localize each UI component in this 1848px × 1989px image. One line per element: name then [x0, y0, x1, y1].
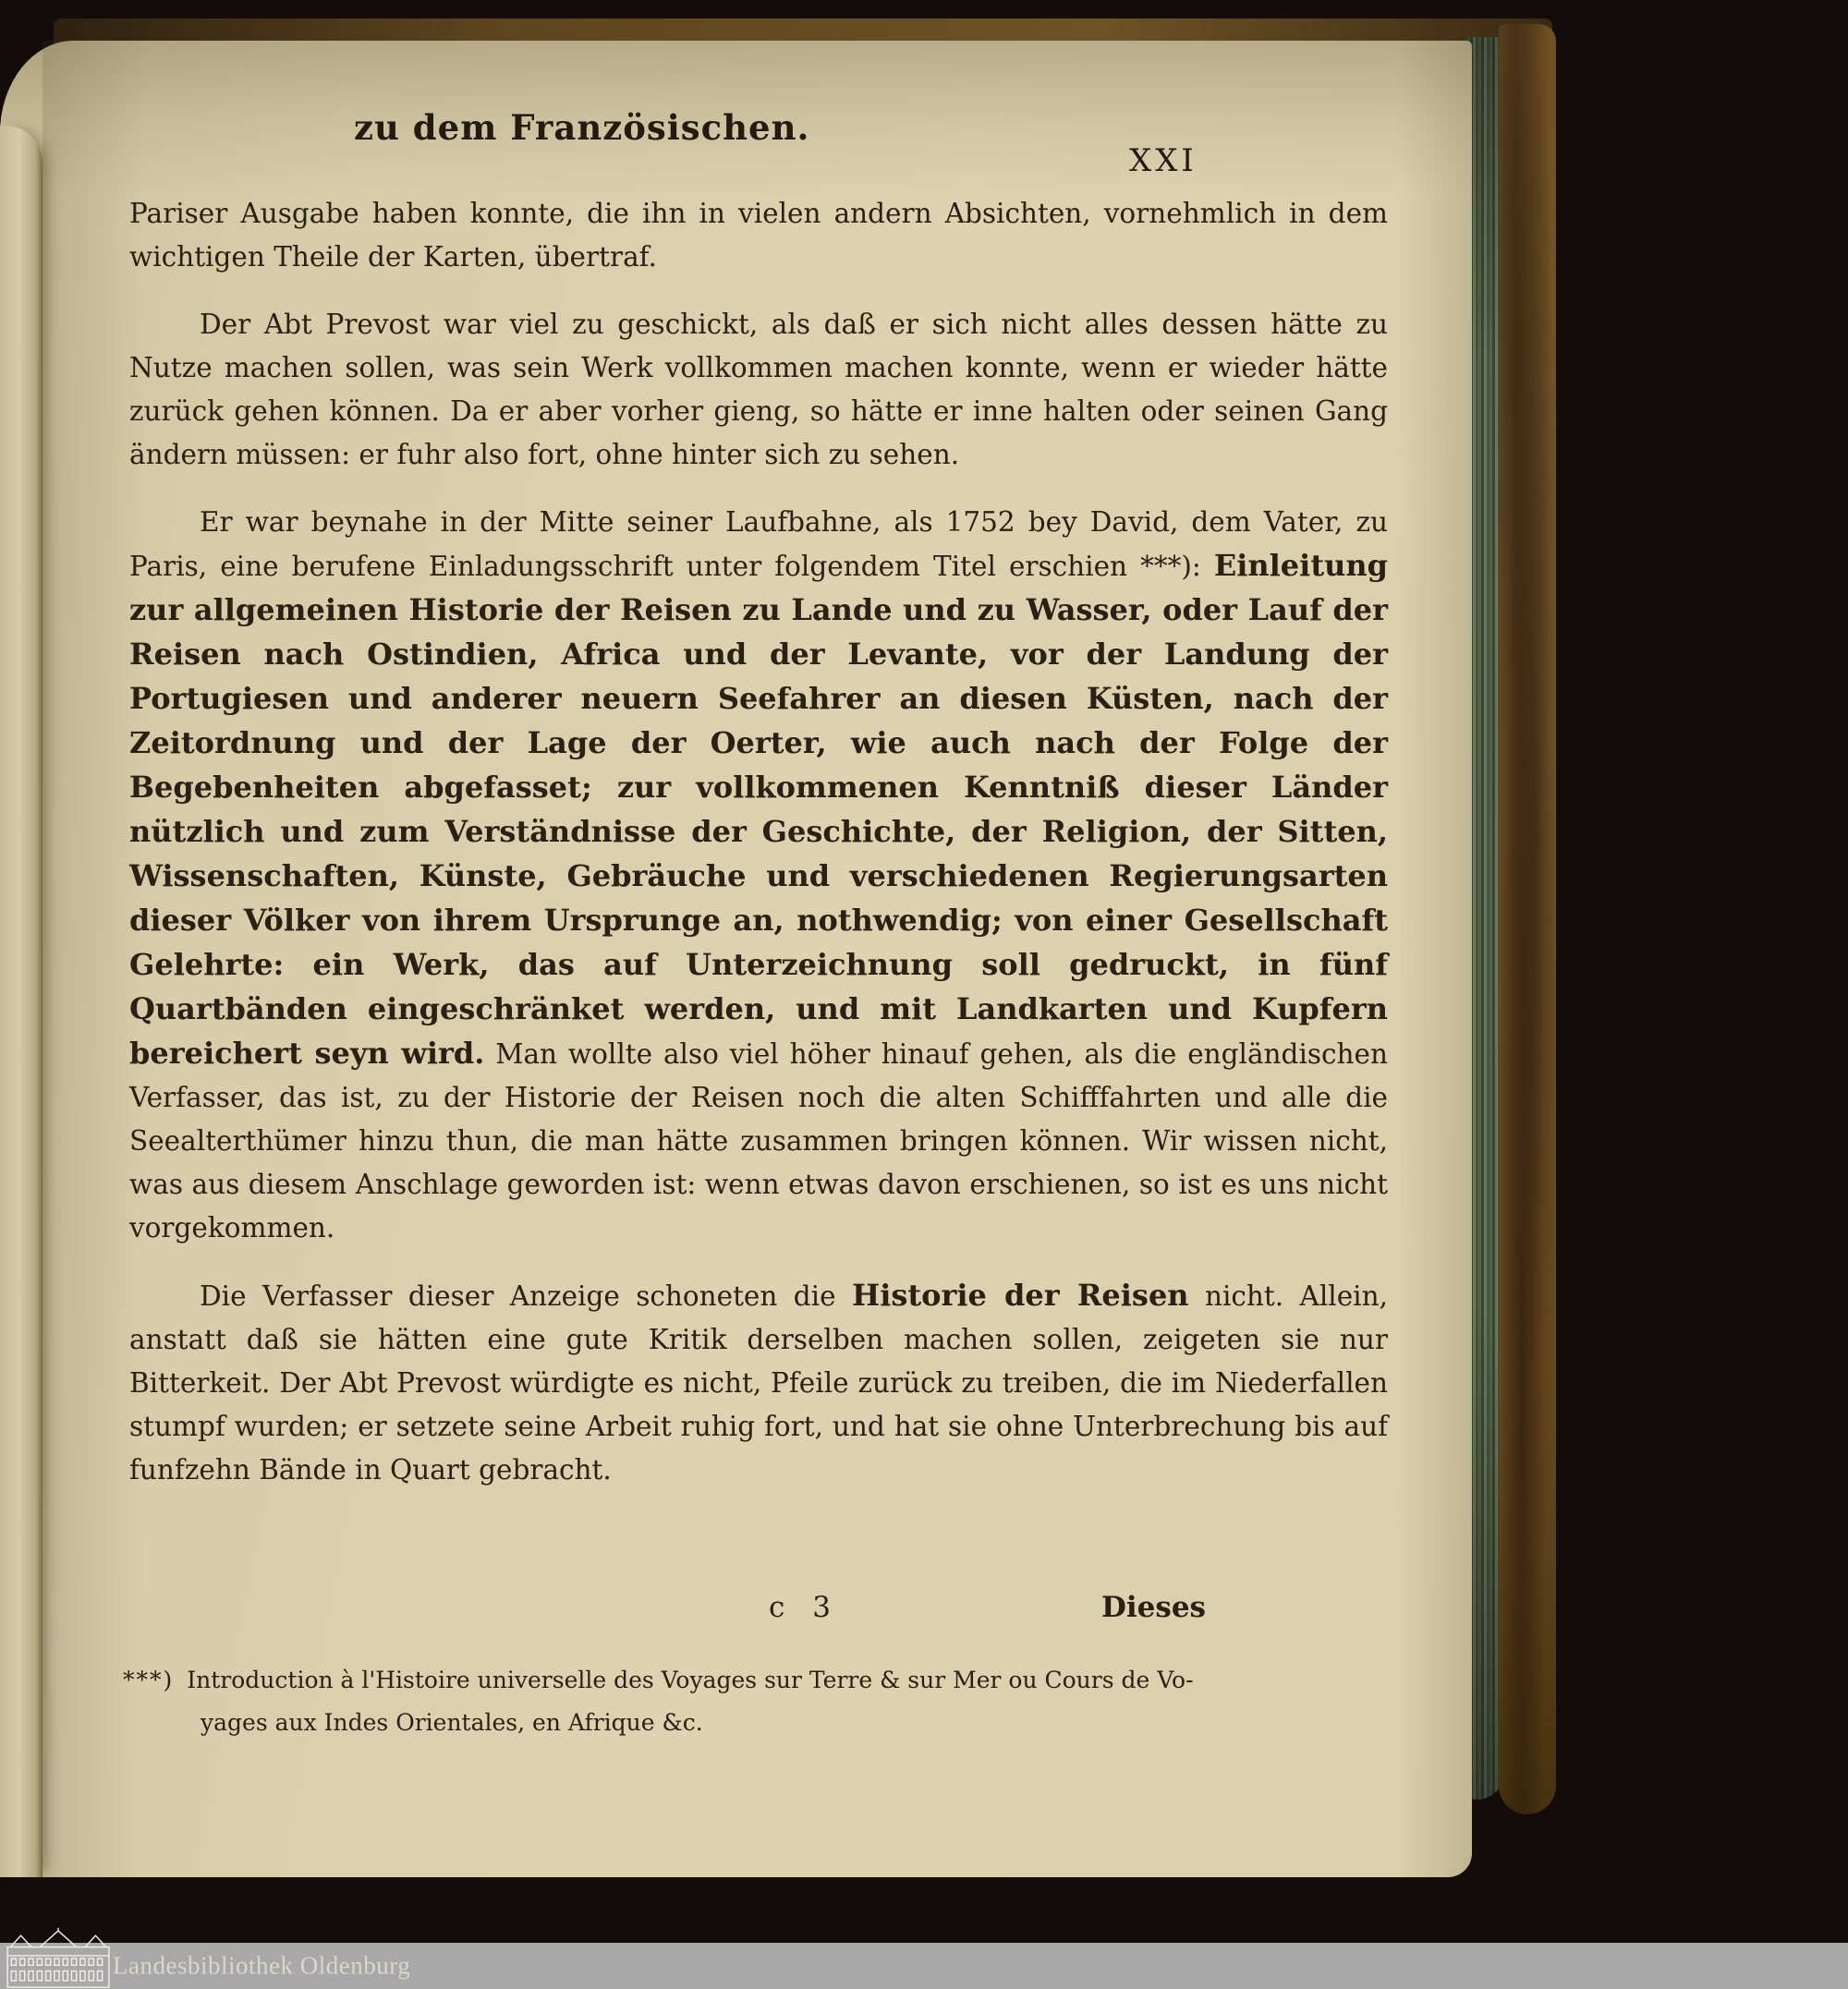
paragraph: Der Abt Prevost war viel zu geschickt, a…: [129, 303, 1388, 477]
paragraph-with-title-quote: Er war beynahe in der Mitte seiner Laufb…: [129, 501, 1388, 1250]
quoted-title-emphasis: Einleitung zur allgemeinen Historie der …: [129, 548, 1388, 1071]
catchword: Dieses: [1101, 1591, 1206, 1624]
body-text: Pariser Ausgabe haben konnte, die ihn in…: [129, 192, 1388, 1492]
paragraph-text: Der Abt Prevost war viel zu geschickt, a…: [129, 309, 1388, 470]
work-title-emphasis: Historie der Reisen: [852, 1278, 1189, 1313]
paragraph-text: Er war beynahe in der Mitte seiner Laufb…: [129, 506, 1388, 582]
page-number: XXI: [1129, 142, 1198, 179]
signature-mark: c 3: [769, 1591, 840, 1624]
footnote-marker: ***): [123, 1667, 174, 1693]
footnote: ***)Introduction à l'Histoire universell…: [123, 1659, 1366, 1744]
running-header: zu dem Französischen.: [354, 107, 809, 148]
page-content: zu dem Französischen. XXI Pariser Ausgab…: [0, 0, 1848, 1989]
footnote-text1: Introduction à l'Histoire universelle de…: [187, 1667, 1193, 1693]
library-building-icon: [6, 1927, 111, 1988]
footnote-line1: ***)Introduction à l'Histoire universell…: [123, 1659, 1366, 1702]
paragraph-continuation: Pariser Ausgabe haben konnte, die ihn in…: [129, 192, 1388, 279]
paragraph: Die Verfasser dieser Anzeige schoneten d…: [129, 1274, 1388, 1492]
library-banner: Landesbibliothek Oldenburg: [0, 1943, 1848, 1989]
footnote-line2: yages aux Indes Orientales, en Afrique &…: [123, 1702, 1366, 1744]
library-name: Landesbibliothek Oldenburg: [113, 1952, 410, 1981]
signature-line: c 3 Dieses: [129, 1591, 1388, 1639]
book-scan: zu dem Französischen. XXI Pariser Ausgab…: [0, 0, 1848, 1989]
paragraph-text: Die Verfasser dieser Anzeige schoneten d…: [200, 1280, 852, 1312]
paragraph-text: Pariser Ausgabe haben konnte, die ihn in…: [129, 198, 1388, 273]
